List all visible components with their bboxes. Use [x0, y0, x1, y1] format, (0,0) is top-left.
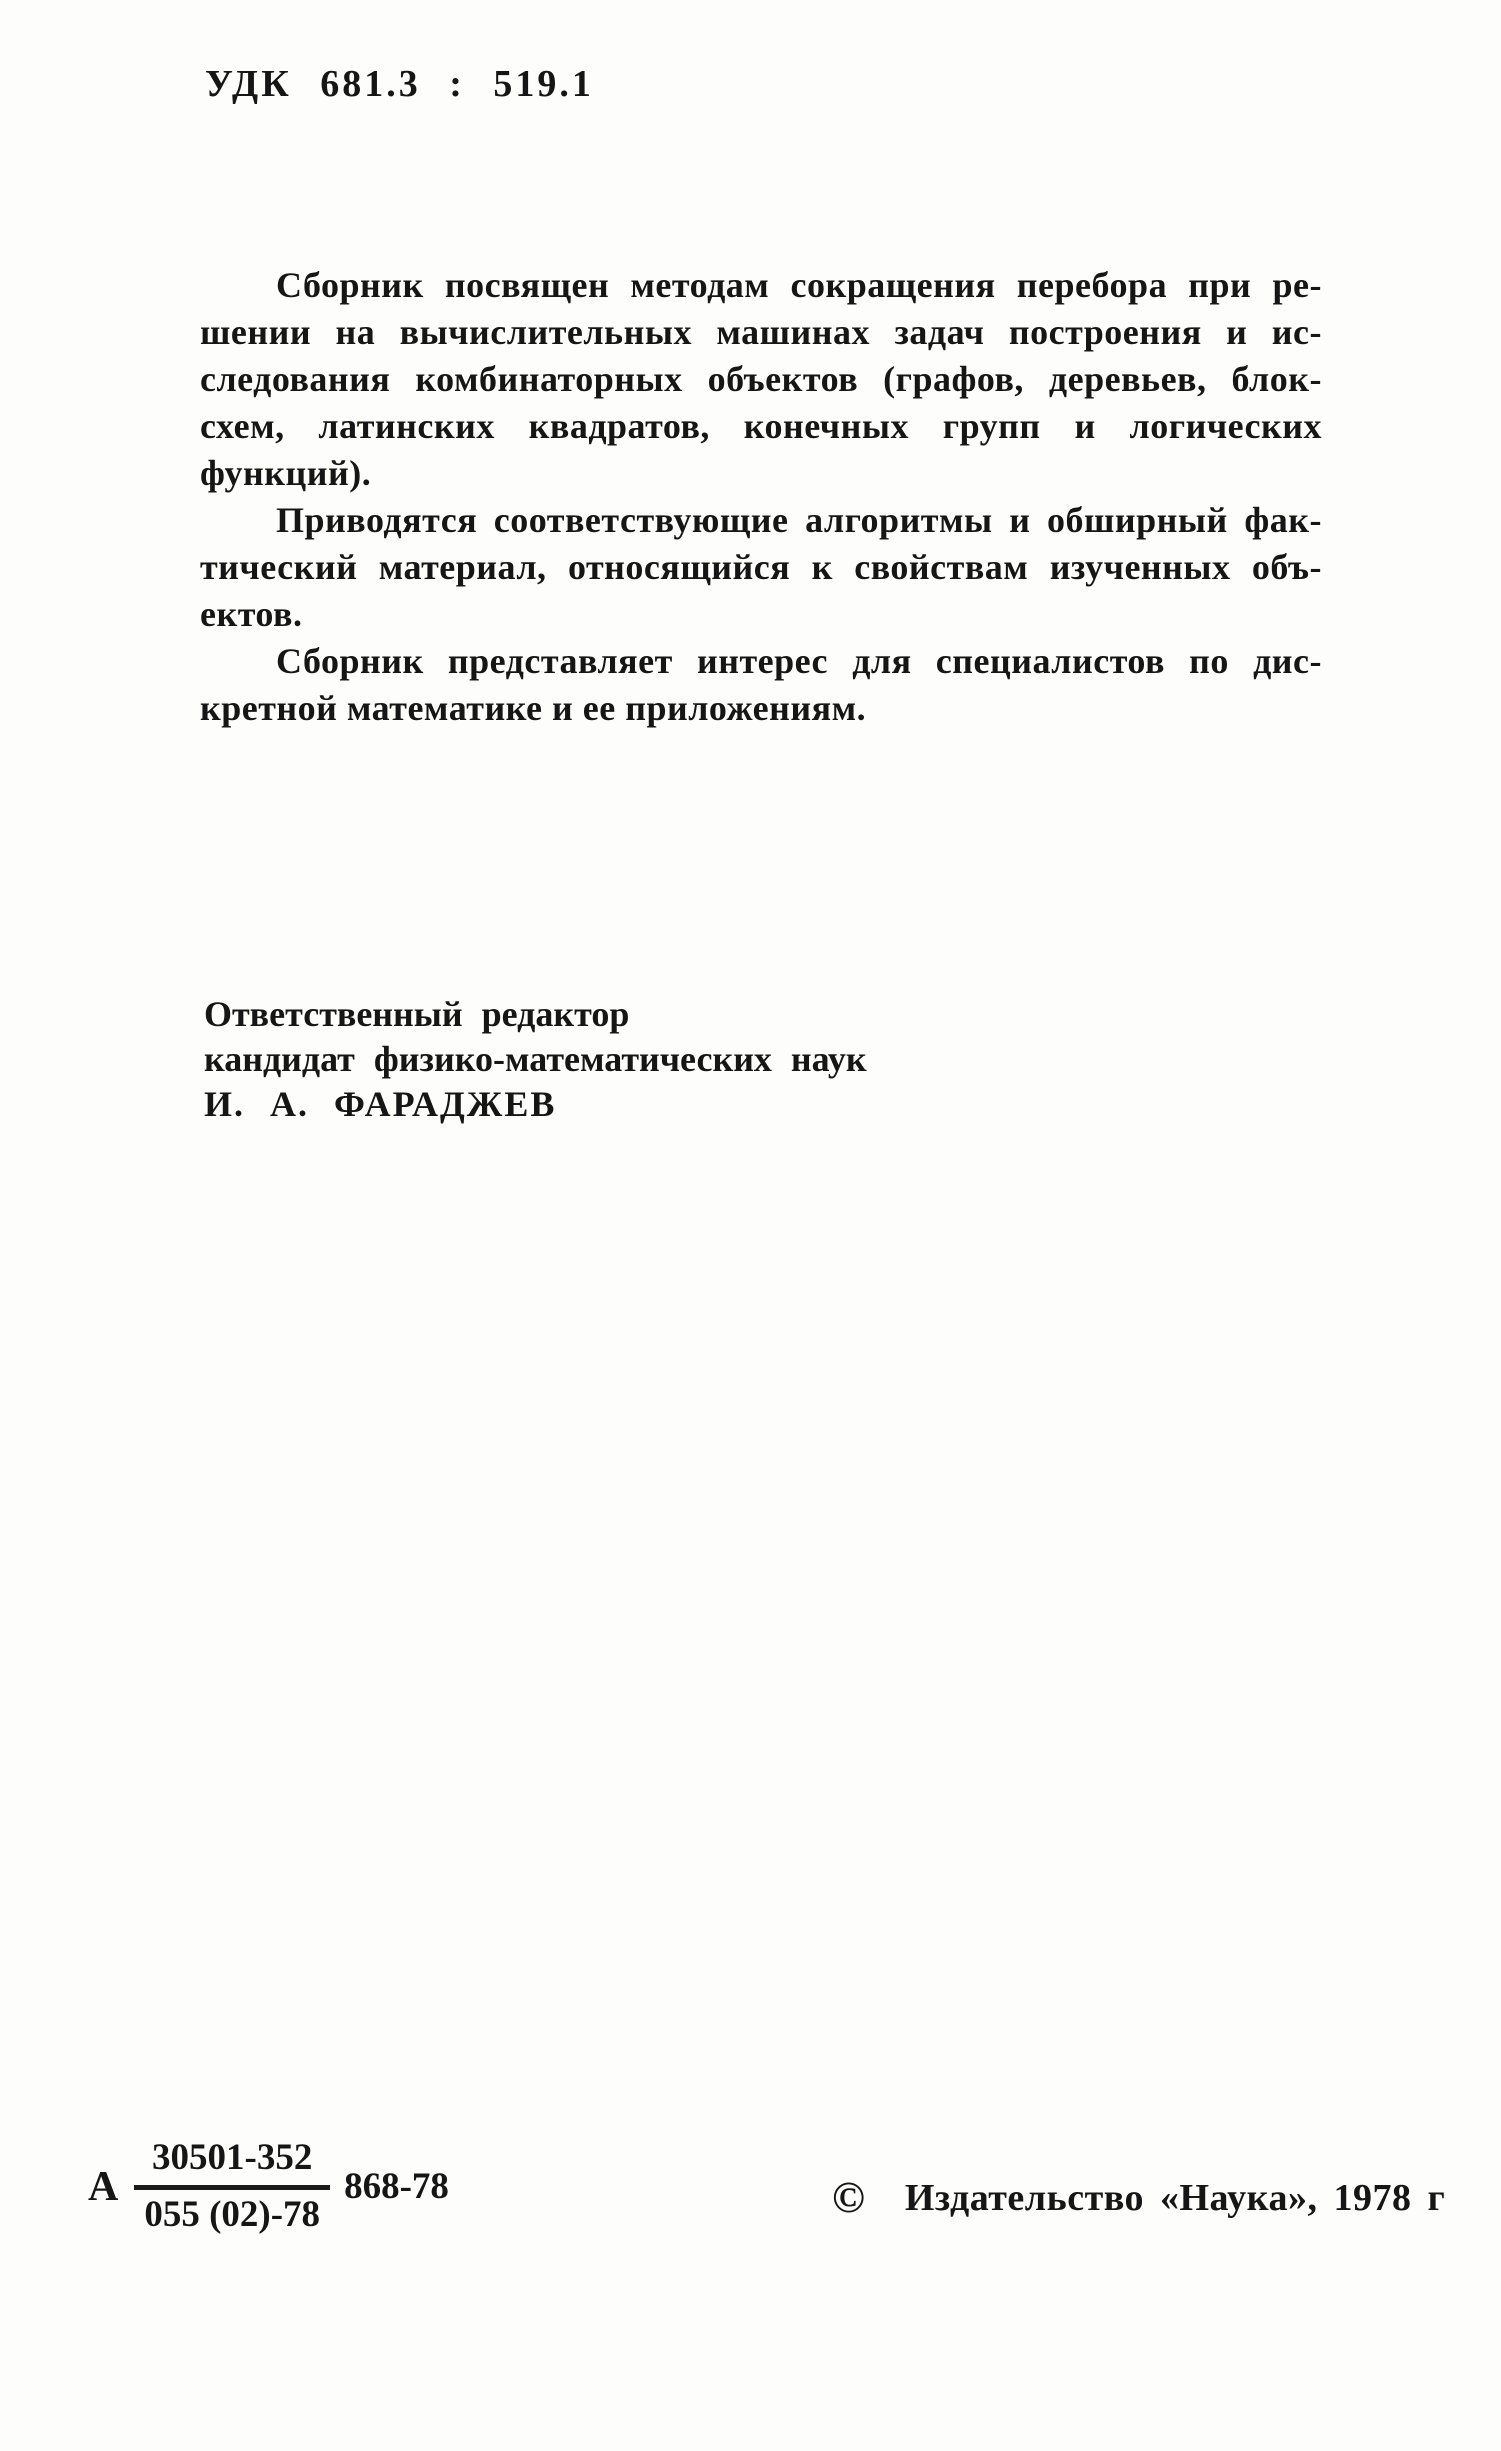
annotation-line: Сборник представляет интерес для специал…	[200, 638, 1322, 685]
annotation-line: следования комбинаторных объектов (графо…	[200, 356, 1322, 403]
catalog-imprint: А 30501-352 055 (02)-78 868-78	[88, 2136, 449, 2237]
annotation-line: Сборник посвящен методам сокращения пере…	[200, 262, 1322, 309]
series-letter: А	[88, 2163, 118, 2211]
book-copyright-page: УДК 681.3 : 519.1 Сборник посвящен метод…	[0, 0, 1501, 2451]
annotation-line: кретной математике и ее приложениям.	[200, 685, 1322, 732]
annotation-line: ектов.	[200, 591, 1322, 638]
annotation-line: Приводятся соответствующие алгоритмы и о…	[200, 497, 1322, 544]
annotation-line: тический материал, относящийся к свойств…	[200, 544, 1322, 591]
annotation-line: схем, латинских квадратов, конечных груп…	[200, 403, 1322, 450]
copyright-icon: ©	[832, 2176, 865, 2220]
annotation-line: функций).	[200, 450, 1322, 497]
annotation-block: Сборник посвящен методам сокращения пере…	[200, 262, 1322, 732]
copyright-line: © Издательство «Наука», 1978 г	[832, 2176, 1445, 2220]
editor-name: И. А. ФАРАДЖЕВ	[204, 1082, 867, 1127]
catalog-numerator: 30501-352	[134, 2136, 330, 2185]
editor-block: Ответственный редактор кандидат физико-м…	[204, 992, 867, 1127]
catalog-fraction: 30501-352 055 (02)-78	[134, 2136, 330, 2237]
copyright-text: Издательство «Наука», 1978 г	[905, 2176, 1445, 2220]
editor-role: Ответственный редактор	[204, 992, 867, 1037]
udc-classification-code: УДК 681.3 : 519.1	[205, 62, 594, 106]
editor-degree: кандидат физико-математических наук	[204, 1037, 867, 1082]
catalog-order-number: 868-78	[344, 2165, 449, 2208]
annotation-line: шении на вычислительных машинах задач по…	[200, 309, 1322, 356]
catalog-denominator: 055 (02)-78	[134, 2185, 330, 2237]
